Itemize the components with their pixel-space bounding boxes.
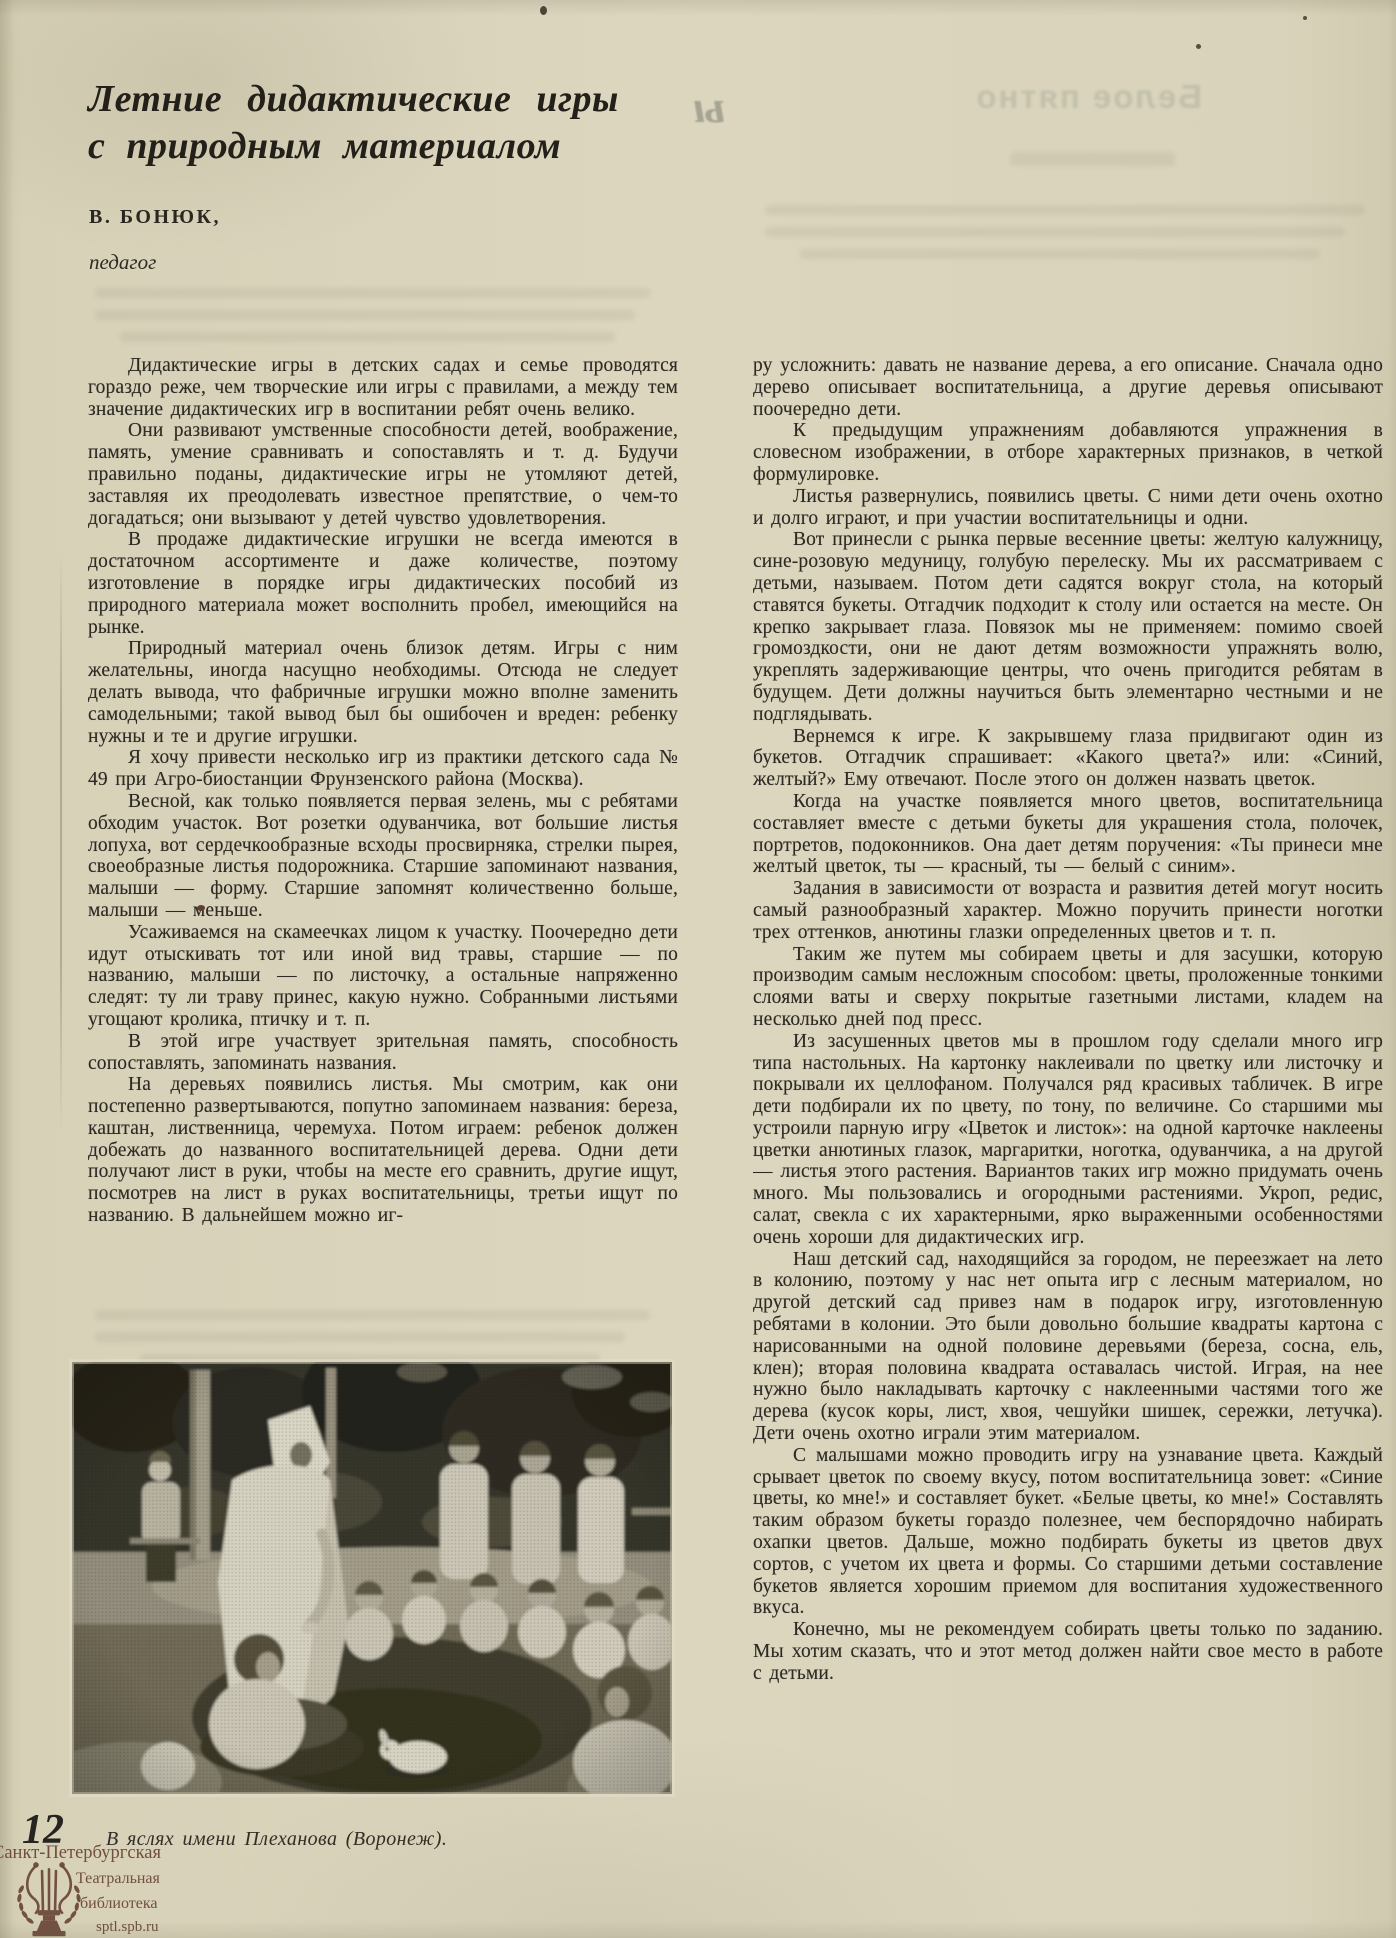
paragraph: Наш детский сад, находящийся за городом,… xyxy=(753,1249,1383,1445)
paragraph: Усаживаемся на скамеечках лицом к участк… xyxy=(88,922,678,1031)
paper-crease xyxy=(60,552,62,1132)
article-title-line-2: с природным материалом xyxy=(88,123,663,170)
lyre-watermark-icon xyxy=(12,1858,86,1938)
halftone-photo-children-with-rabbit xyxy=(72,1362,672,1794)
ink-speck xyxy=(197,905,205,911)
article-title: Летние дидактические игры с природным ма… xyxy=(88,76,663,170)
paragraph: Дидактические игры в детских садах и сем… xyxy=(88,355,678,420)
paragraph: Вот принесли с рынка первые весенние цве… xyxy=(753,529,1383,725)
show-through-line xyxy=(1010,152,1175,166)
show-through-line xyxy=(95,288,650,298)
scanned-journal-page: { "page": { "number": "12", "article": {… xyxy=(0,0,1396,1938)
show-through-letter: ы xyxy=(693,80,725,133)
show-through-line xyxy=(765,227,1345,237)
ink-speck xyxy=(540,6,547,15)
paragraph: Конечно, мы не рекомендуем собирать цвет… xyxy=(753,1619,1383,1684)
show-through-line xyxy=(95,1332,625,1342)
paragraph: К предыдущим упражнениям добавляются упр… xyxy=(753,420,1383,485)
show-through-line xyxy=(95,1310,650,1320)
show-through-line xyxy=(765,205,1365,215)
ink-speck xyxy=(1196,44,1201,49)
paragraph: Когда на участке появляется много цветов… xyxy=(753,791,1383,878)
paragraph: Весной, как только появляется первая зел… xyxy=(88,791,678,922)
paragraph: Таким же путем мы собираем цветы и для з… xyxy=(753,944,1383,1031)
article-author: В. БОНЮК, xyxy=(89,206,221,229)
paragraph: В продаже дидактические игрушки не всегд… xyxy=(88,529,678,638)
ink-speck xyxy=(1303,16,1307,20)
watermark-library-name-2: библиотека xyxy=(80,1895,158,1913)
show-through-line xyxy=(95,310,635,320)
paragraph: Природный материал очень близок детям. И… xyxy=(88,638,678,747)
article-title-line-1: Летние дидактические игры xyxy=(88,76,663,123)
text-column-left: Дидактические игры в детских садах и сем… xyxy=(88,355,678,1227)
paragraph: На деревьях появились листья. Мы смотрим… xyxy=(88,1074,678,1227)
paragraph: Они развивают умственные способности дет… xyxy=(88,420,678,529)
article-author-role: педагог xyxy=(89,250,156,275)
show-through-heading: Белое пятно xyxy=(1012,78,1202,116)
photo-illustration xyxy=(72,1362,672,1794)
paragraph: С малышами можно проводить игру на узнав… xyxy=(753,1445,1383,1619)
paragraph: Из засушенных цветов мы в прошлом году с… xyxy=(753,1031,1383,1249)
paragraph: ру усложнить: давать не название дерева,… xyxy=(753,355,1383,420)
paragraph: Вернемся к игре. К закрывшему глаза прид… xyxy=(753,726,1383,791)
paragraph: Задания в зависимости от возраста и разв… xyxy=(753,878,1383,943)
watermark-library-name-1: Театральная xyxy=(76,1870,160,1888)
text-column-right: ру усложнить: давать не название дерева,… xyxy=(753,355,1383,1685)
paragraph: Листья развернулись, появились цветы. С … xyxy=(753,486,1383,530)
watermark-library-url: sptl.spb.ru xyxy=(96,1919,159,1936)
show-through-line xyxy=(800,249,1320,259)
show-through-line xyxy=(120,332,615,342)
paragraph: В этой игре участвует зрительная память,… xyxy=(88,1031,678,1075)
paragraph: Я хочу привести несколько игр из практик… xyxy=(88,747,678,791)
